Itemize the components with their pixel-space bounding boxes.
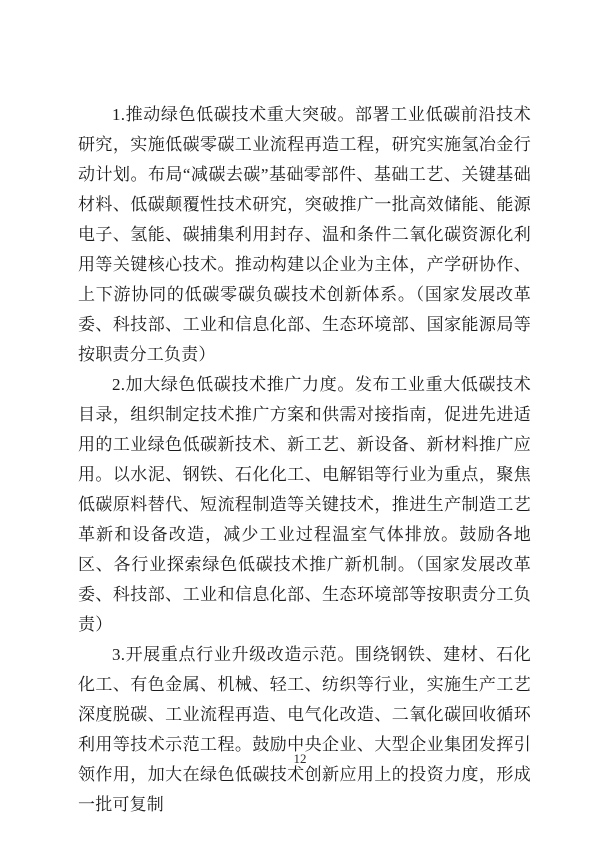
body-paragraph-2: 2.加大绿色低碳技术推广力度。发布工业重大低碳技术目录，组织制定技术推广方案和供…	[78, 370, 531, 640]
document-body: 1.推动绿色低碳技术重大突破。部署工业低碳前沿技术研究，实施低碳零碳工业流程再造…	[78, 100, 531, 820]
document-page: 1.推动绿色低碳技术重大突破。部署工业低碳前沿技术研究，实施低碳零碳工业流程再造…	[0, 0, 600, 848]
page-number: 12	[294, 751, 307, 766]
body-paragraph-1: 1.推动绿色低碳技术重大突破。部署工业低碳前沿技术研究，实施低碳零碳工业流程再造…	[78, 100, 531, 370]
body-paragraph-3: 3.开展重点行业升级改造示范。围绕钢铁、建材、石化化工、有色金属、机械、轻工、纺…	[78, 640, 531, 820]
page-footer: 12	[0, 750, 600, 768]
